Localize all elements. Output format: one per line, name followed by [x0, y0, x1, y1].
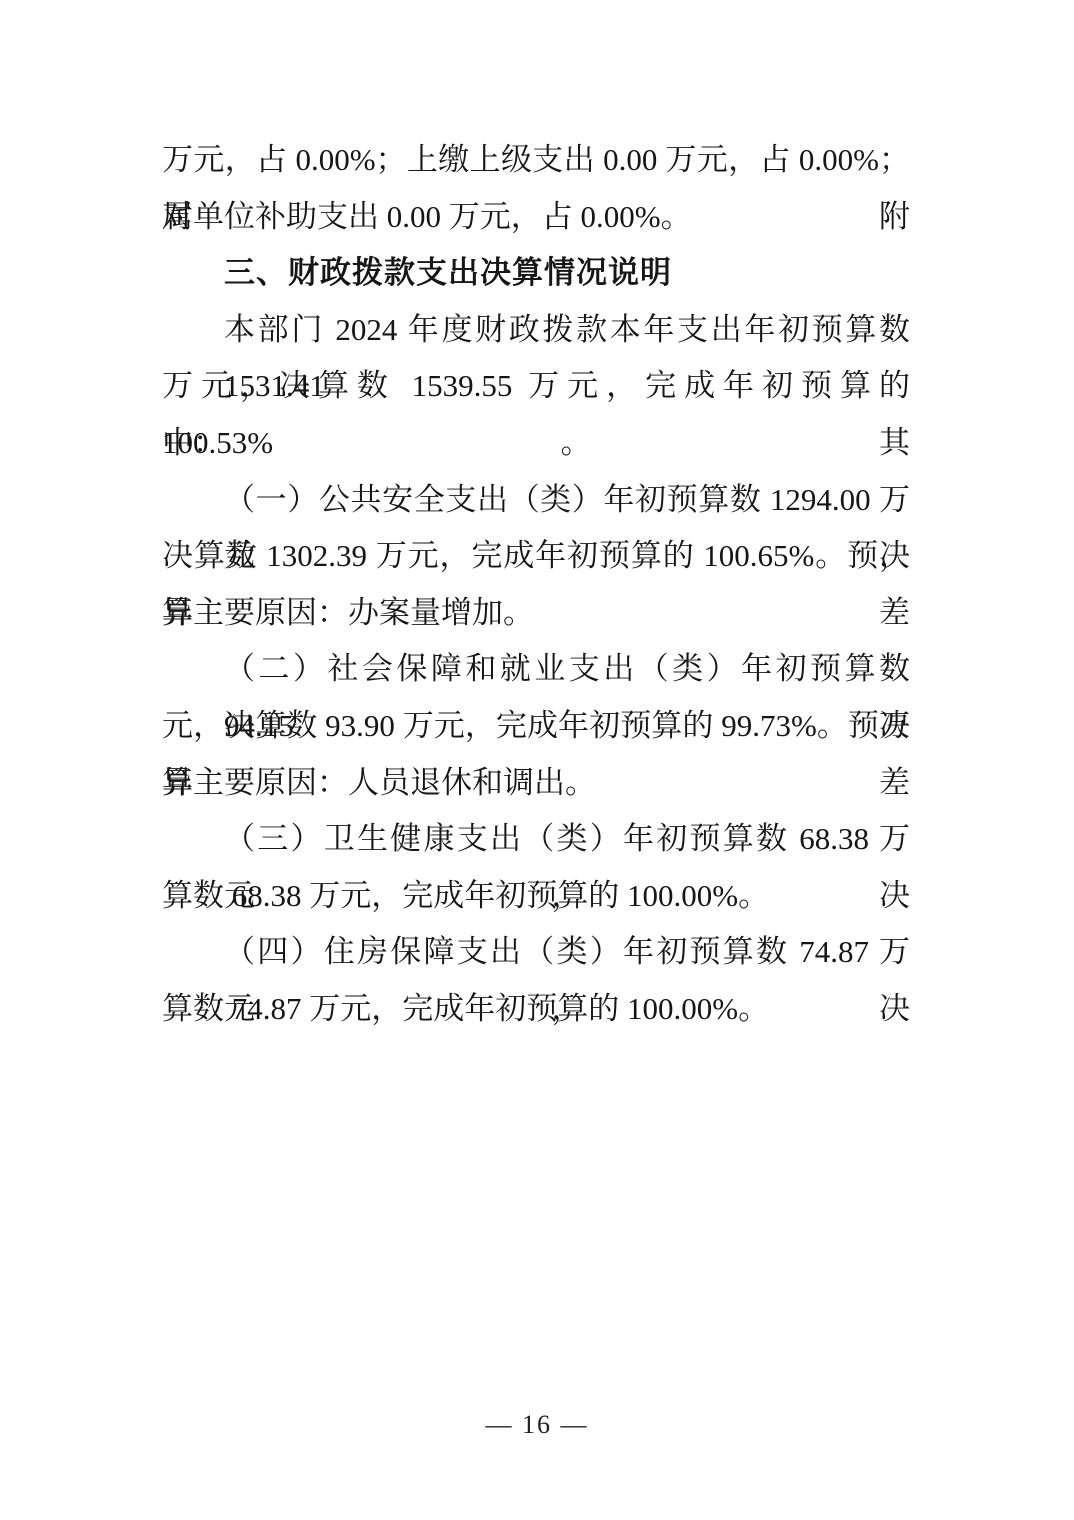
text-line: 元，决算数 93.90 万元，完成年初预算的 99.73%。预决算差: [162, 698, 910, 755]
section-heading: 三、财政拨款支出决算情况说明: [162, 245, 910, 302]
document-page: 万元，占 0.00%；上缴上级支出 0.00 万元，占 0.00%；对附 属单位…: [0, 0, 1074, 1520]
text-line: 本部门 2024 年度财政拨款本年支出年初预算数 1531.41: [162, 302, 910, 359]
text-line: （一）公共安全支出（类）年初预算数 1294.00 万元，: [162, 472, 910, 529]
page-number: — 16 —: [0, 1405, 1074, 1445]
text-line: （二）社会保障和就业支出（类）年初预算数 94.15 万: [162, 641, 910, 698]
text-line: 万元，决算数 1539.55 万元，完成年初预算的 100.53%。其: [162, 358, 910, 415]
text-line: （四）住房保障支出（类）年初预算数 74.87 万元，决: [162, 924, 910, 981]
document-body: 万元，占 0.00%；上缴上级支出 0.00 万元，占 0.00%；对附 属单位…: [162, 132, 910, 1038]
text-line: 万元，占 0.00%；上缴上级支出 0.00 万元，占 0.00%；对附: [162, 132, 910, 189]
text-line: （三）卫生健康支出（类）年初预算数 68.38 万元，决: [162, 811, 910, 868]
text-line: 决算数 1302.39 万元，完成年初预算的 100.65%。预决算差: [162, 528, 910, 585]
